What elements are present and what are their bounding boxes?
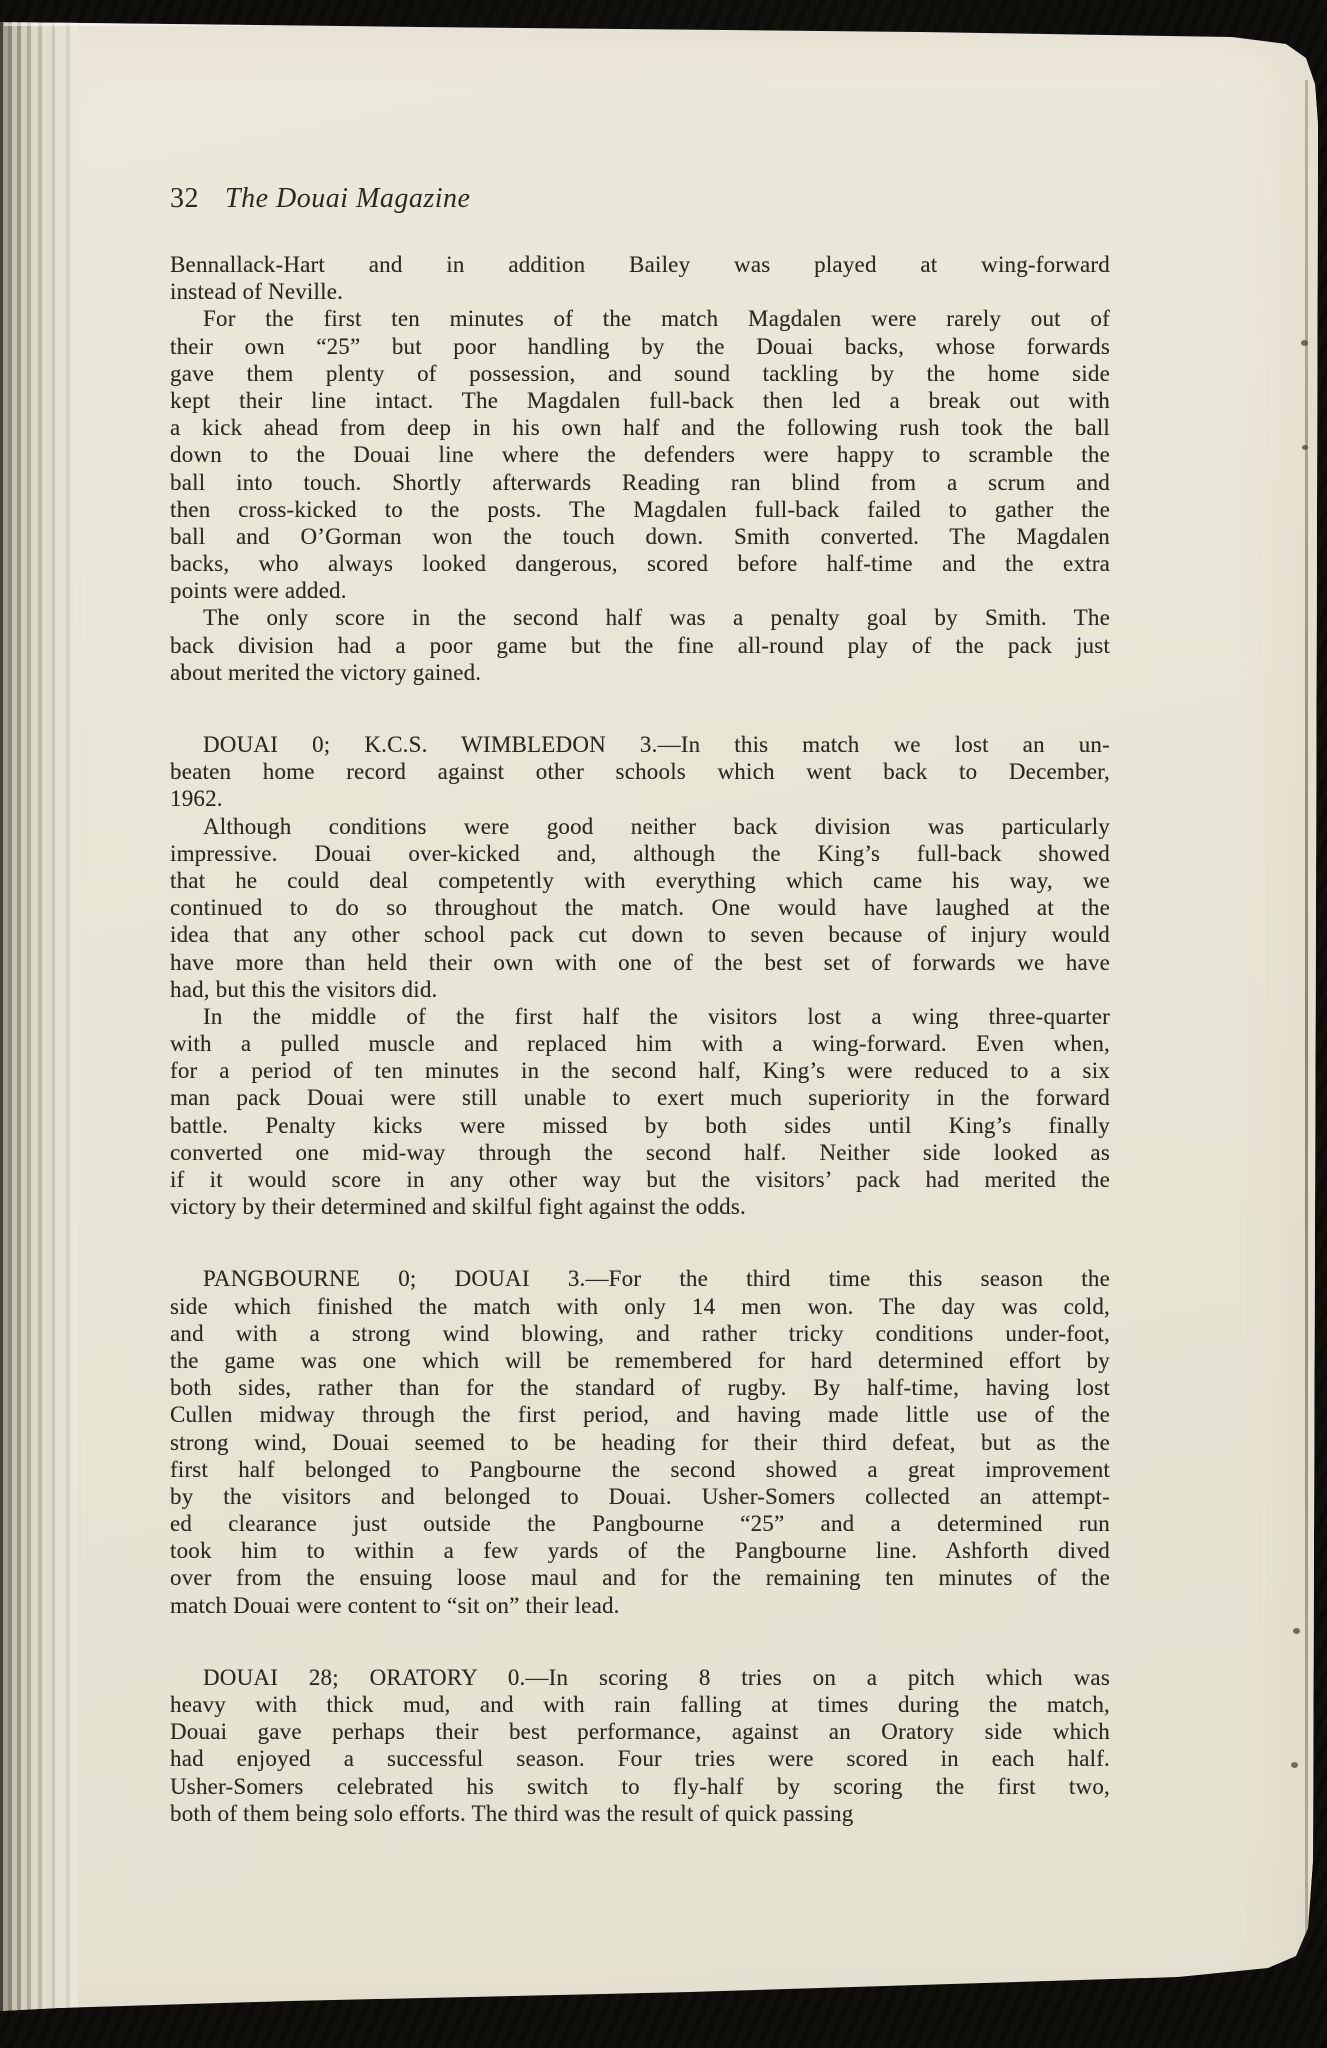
paragraph-kcs-injuries: In the middle of the first half the visi… bbox=[170, 1003, 1110, 1221]
text-line: back division had a poor game but the fi… bbox=[170, 632, 1110, 659]
text-line: converted one mid-way through the second… bbox=[170, 1139, 1110, 1166]
text-line: PANGBOURNE 0; DOUAI 3.—For the third tim… bbox=[170, 1265, 1110, 1292]
text-line: that he could deal competently with ever… bbox=[170, 867, 1110, 894]
fore-edge-sliver bbox=[1309, 90, 1318, 1973]
text-line: The only score in the second half was a … bbox=[170, 604, 1110, 631]
page-header: 32The Douai Magazine bbox=[170, 183, 470, 215]
right-page-crease bbox=[1305, 80, 1308, 1963]
text-line: if it would score in any other way but t… bbox=[170, 1166, 1110, 1193]
text-line: by the visitors and belonged to Douai. U… bbox=[170, 1483, 1110, 1510]
text-line: continued to do so throughout the match.… bbox=[170, 894, 1110, 921]
text-line: ball into touch. Shortly afterwards Read… bbox=[170, 469, 1110, 496]
text-line: ball and O’Gorman won the touch down. Sm… bbox=[170, 523, 1110, 550]
text-line: took him to within a few yards of the Pa… bbox=[170, 1537, 1110, 1564]
text-line: instead of Neville. bbox=[170, 278, 1110, 305]
paragraph-magdalen-second-half: The only score in the second half was a … bbox=[170, 604, 1110, 686]
text-line: Although conditions were good neither ba… bbox=[170, 813, 1110, 840]
paragraph-kcs-conditions: Although conditions were good neither ba… bbox=[170, 813, 1110, 1003]
page-number: 32 bbox=[170, 183, 199, 214]
page-top-edge-highlight bbox=[4, 23, 764, 26]
text-line: side which finished the match with only … bbox=[170, 1293, 1110, 1320]
scanned-book-photo: 32The Douai Magazine Bennallack-Hart and… bbox=[0, 0, 1327, 2048]
text-line: first half belonged to Pangbourne the se… bbox=[170, 1456, 1110, 1483]
text-line: over from the ensuing loose maul and for… bbox=[170, 1564, 1110, 1591]
page-body: Bennallack-Hart and in addition Bailey w… bbox=[170, 251, 1110, 1827]
text-line: for a period of ten minutes in the secon… bbox=[170, 1057, 1110, 1084]
text-line: a kick ahead from deep in his own half a… bbox=[170, 414, 1110, 441]
text-line: about merited the victory gained. bbox=[170, 659, 1110, 686]
text-line: strong wind, Douai seemed to be heading … bbox=[170, 1429, 1110, 1456]
text-line: DOUAI 28; ORATORY 0.—In scoring 8 tries … bbox=[170, 1664, 1110, 1691]
text-line: down to the Douai line where the defende… bbox=[170, 441, 1110, 468]
text-line: beaten home record against other schools… bbox=[170, 758, 1110, 785]
text-line: man pack Douai were still unable to exer… bbox=[170, 1084, 1110, 1111]
text-line: then cross-kicked to the posts. The Magd… bbox=[170, 496, 1110, 523]
text-line: Cullen midway through the first period, … bbox=[170, 1401, 1110, 1428]
text-line: have more than held their own with one o… bbox=[170, 949, 1110, 976]
text-line: their own “25” but poor handling by the … bbox=[170, 333, 1110, 360]
text-line: had, but this the visitors did. bbox=[170, 976, 1110, 1003]
text-line: the game was one which will be remembere… bbox=[170, 1347, 1110, 1374]
text-line: heavy with thick mud, and with rain fall… bbox=[170, 1691, 1110, 1718]
text-line: In the middle of the first half the visi… bbox=[170, 1003, 1110, 1030]
text-line: Douai gave perhaps their best performanc… bbox=[170, 1718, 1110, 1745]
text-line: both sides, rather than for the standard… bbox=[170, 1374, 1110, 1401]
page-blemish bbox=[1291, 1762, 1298, 1768]
text-line: impressive. Douai over-kicked and, altho… bbox=[170, 840, 1110, 867]
page-blemish bbox=[1302, 445, 1308, 450]
paragraph-pangbourne: PANGBOURNE 0; DOUAI 3.—For the third tim… bbox=[170, 1265, 1110, 1618]
text-line: match Douai were content to “sit on” the… bbox=[170, 1592, 1110, 1619]
text-line: with a pulled muscle and replaced him wi… bbox=[170, 1030, 1110, 1057]
text-line: kept their line intact. The Magdalen ful… bbox=[170, 387, 1110, 414]
paragraph-kcs-wimbledon-intro: DOUAI 0; K.C.S. WIMBLEDON 3.—In this mat… bbox=[170, 731, 1110, 813]
text-line: For the first ten minutes of the match M… bbox=[170, 305, 1110, 332]
text-line: backs, who always looked dangerous, scor… bbox=[170, 550, 1110, 577]
text-line: DOUAI 0; K.C.S. WIMBLEDON 3.—In this mat… bbox=[170, 731, 1110, 758]
text-line: 1962. bbox=[170, 785, 1110, 812]
text-line: ed clearance just outside the Pangbourne… bbox=[170, 1510, 1110, 1537]
text-line: gave them plenty of possession, and soun… bbox=[170, 360, 1110, 387]
text-line: idea that any other school pack cut down… bbox=[170, 921, 1110, 948]
text-line: both of them being solo efforts. The thi… bbox=[170, 1800, 1110, 1827]
text-line: Usher-Somers celebrated his switch to fl… bbox=[170, 1773, 1110, 1800]
text-line: victory by their determined and skilful … bbox=[170, 1193, 1110, 1220]
text-line: Bennallack-Hart and in addition Bailey w… bbox=[170, 251, 1110, 278]
text-line: had enjoyed a successful season. Four tr… bbox=[170, 1745, 1110, 1772]
paragraph-bennallack: Bennallack-Hart and in addition Bailey w… bbox=[170, 251, 1110, 305]
text-line: battle. Penalty kicks were missed by bot… bbox=[170, 1112, 1110, 1139]
book-page: 32The Douai Magazine Bennallack-Hart and… bbox=[0, 0, 1327, 2048]
paragraph-oratory: DOUAI 28; ORATORY 0.—In scoring 8 tries … bbox=[170, 1664, 1110, 1827]
page-blemish bbox=[1301, 340, 1308, 346]
page-edge-stripes bbox=[0, 0, 78, 2048]
text-line: and with a strong wind blowing, and rath… bbox=[170, 1320, 1110, 1347]
page-blemish bbox=[1293, 1628, 1300, 1634]
text-line: points were added. bbox=[170, 577, 1110, 604]
paragraph-magdalen-first-half: For the first ten minutes of the match M… bbox=[170, 305, 1110, 604]
magazine-title: The Douai Magazine bbox=[225, 183, 470, 214]
